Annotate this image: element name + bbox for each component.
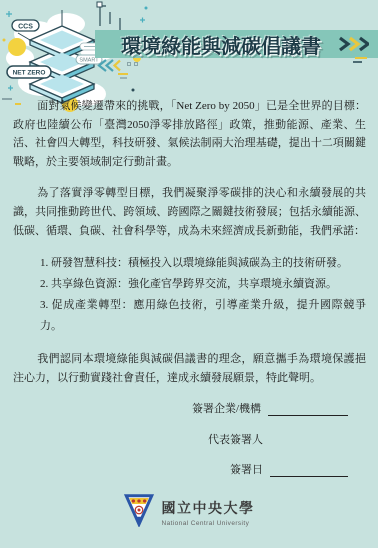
commitment-item-1: 1. 研發智慧科技：積極投入以環境綠能與減碳為主的技術研發。	[40, 253, 366, 274]
square-dots-decoration	[127, 62, 138, 66]
signature-representative-label: 代表簽署人	[208, 431, 263, 447]
page: CCS SMART NET ZERO 環境綠能與減碳倡議書	[0, 0, 378, 548]
footer: 國立中央大學 National Central University	[0, 493, 378, 532]
university-name-block: 國立中央大學 National Central University	[162, 498, 255, 527]
dash-decoration	[353, 57, 367, 63]
body-paragraph-2: 為了落實淨零轉型目標，我們凝聚淨零碳排的決心和永續發展的共識，共同推動跨世代、跨…	[13, 184, 366, 240]
signature-representative-row: 代表簽署人	[208, 431, 263, 447]
rewind-icon	[96, 59, 122, 77]
fast-forward-icon	[337, 36, 369, 57]
commitment-item-2: 2. 共享綠色資源：強化產官學跨界交流，共享環境永續資源。	[40, 274, 366, 295]
document-body: 面對氣候變遷帶來的挑戰，「Net Zero by 2050」已是全世界的目標：政…	[13, 97, 366, 387]
university-name-en: National Central University	[162, 520, 255, 527]
signature-company-row: 簽署企業/機構	[192, 400, 348, 416]
title-band: 環境綠能與減碳倡議書	[95, 30, 378, 58]
body-paragraph-1: 面對氣候變遷帶來的挑戰，「Net Zero by 2050」已是全世界的目標：政…	[13, 97, 366, 171]
commitment-item-3: 3. 促成產業轉型：應用綠色技術，引導產業升級，提升國際競爭力。	[40, 295, 366, 337]
signature-company-label: 簽署企業/機構	[192, 400, 261, 416]
ncu-logo-icon	[124, 493, 154, 532]
page-title: 環境綠能與減碳倡議書	[121, 30, 321, 59]
signature-date-label: 簽署日	[230, 461, 263, 477]
closing-paragraph: 我們認同本環境綠能與減碳倡議書的理念，願意攜手為環境保護挹注心力，以行動實踐社會…	[13, 350, 366, 387]
commitment-list: 1. 研發智慧科技：積極投入以環境綠能與減碳為主的技術研發。 2. 共享綠色資源…	[13, 253, 366, 337]
university-name: 國立中央大學	[162, 498, 255, 518]
net-zero-badge: NET ZERO	[13, 70, 46, 77]
ccs-badge: CCS	[18, 24, 33, 31]
signature-company-line	[268, 403, 348, 416]
signature-date-row: 簽署日	[230, 461, 348, 477]
signature-date-line	[270, 464, 348, 477]
